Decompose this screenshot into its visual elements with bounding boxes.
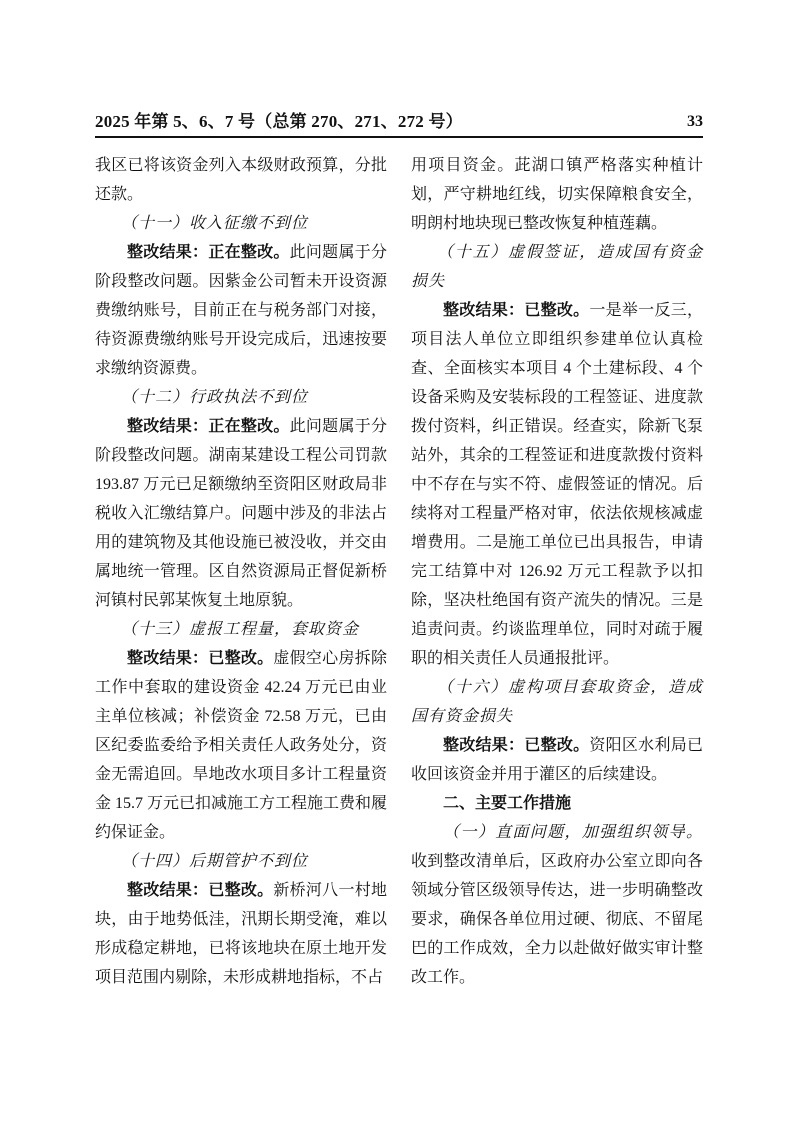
left-column: 我区已将该资金列入本级财政预算，分批还款。（十一）收入征缴不到位整改结果：正在整… [95,151,387,992]
text-run: 整改结果：正在整改。 [127,418,290,435]
text-run: 收到整改清单后，区政府办公室立即向各领域分管区级领导传达，进一步明确整改要求，确… [411,853,703,986]
paragraph: 整改结果：已整改。虚假空心房拆除工作中套取的建设资金 42.24 万元已由业主单… [95,644,387,847]
paragraph: 整改结果：已整改。一是举一反三，项目法人单位立即组织参建单位认真检查、全面核实本… [411,296,703,673]
text-run: （十一）收入征缴不到位 [121,215,308,232]
paragraph: 整改结果：已整改。资阳区水利局已收回该资金并用于灌区的后续建设。 [411,731,703,789]
section-heading: （十一）收入征缴不到位 [95,209,387,238]
text-run: （一）直面问题，加强组织领导。 [443,824,703,841]
text-run: （十三）虚报工程量，套取资金 [121,621,359,638]
text-run: 我区已将该资金列入本级财政预算，分批还款。 [95,157,387,203]
text-run: 此问题属于分阶段整改问题。湖南某建设工程公司罚款 193.87 万元已足额缴纳至… [95,418,387,609]
page-header: 2025 年第 5、6、7 号（总第 270、271、272 号） 33 [95,112,703,138]
section-heading: 二、主要工作措施 [411,789,703,818]
section-heading: （十二）行政执法不到位 [95,383,387,412]
paragraph: 整改结果：已整改。新桥河八一村地块，由于地势低洼，汛期长期受淹，难以形成稳定耕地… [95,876,387,992]
text-run: 虚假空心房拆除工作中套取的建设资金 42.24 万元已由业主单位核减；补偿资金 … [95,650,387,841]
paragraph: （一）直面问题，加强组织领导。收到整改清单后，区政府办公室立即向各领域分管区级领… [411,818,703,992]
text-run: （十六）虚构项目套取资金，造成国有资金损失 [411,679,703,725]
section-heading: （十三）虚报工程量，套取资金 [95,615,387,644]
section-heading: （十四）后期管护不到位 [95,847,387,876]
text-run: 整改结果：正在整改。 [127,244,290,261]
text-run: 整改结果：已整改。 [127,650,273,667]
paragraph: 用项目资金。茈湖口镇严格落实种植计划，严守耕地红线，切实保障粮食安全，明朗村地块… [411,151,703,238]
text-run: 此问题属于分阶段整改问题。因紫金公司暂未开设资源费缴纳账号，目前正在与税务部门对… [95,244,387,377]
document-page: 2025 年第 5、6、7 号（总第 270、271、272 号） 33 我区已… [0,0,794,1122]
text-run: （十五）虚假签证，造成国有资金损失 [411,244,703,290]
paragraph: 我区已将该资金列入本级财政预算，分批还款。 [95,151,387,209]
text-run: （十四）后期管护不到位 [121,853,308,870]
page-number: 33 [687,112,703,132]
text-run: 整改结果：已整改。 [127,882,273,899]
section-heading: （十六）虚构项目套取资金，造成国有资金损失 [411,673,703,731]
paragraph: 整改结果：正在整改。此问题属于分阶段整改问题。湖南某建设工程公司罚款 193.8… [95,412,387,615]
two-column-body: 我区已将该资金列入本级财政预算，分批还款。（十一）收入征缴不到位整改结果：正在整… [95,151,703,992]
text-run: 整改结果：已整改。 [443,302,589,319]
text-run: 用项目资金。茈湖口镇严格落实种植计划，严守耕地红线，切实保障粮食安全，明朗村地块… [411,157,703,232]
text-run: 整改结果：已整改。 [443,737,589,754]
text-run: （十二）行政执法不到位 [121,389,308,406]
right-column: 用项目资金。茈湖口镇严格落实种植计划，严守耕地红线，切实保障粮食安全，明朗村地块… [411,151,703,992]
text-run: 二、主要工作措施 [443,795,571,812]
text-run: 一是举一反三，项目法人单位立即组织参建单位认真检查、全面核实本项目 4 个土建标… [411,302,703,667]
paragraph: 整改结果：正在整改。此问题属于分阶段整改问题。因紫金公司暂未开设资源费缴纳账号，… [95,238,387,383]
section-heading: （十五）虚假签证，造成国有资金损失 [411,238,703,296]
issue-number: 2025 年第 5、6、7 号（总第 270、271、272 号） [95,112,463,132]
